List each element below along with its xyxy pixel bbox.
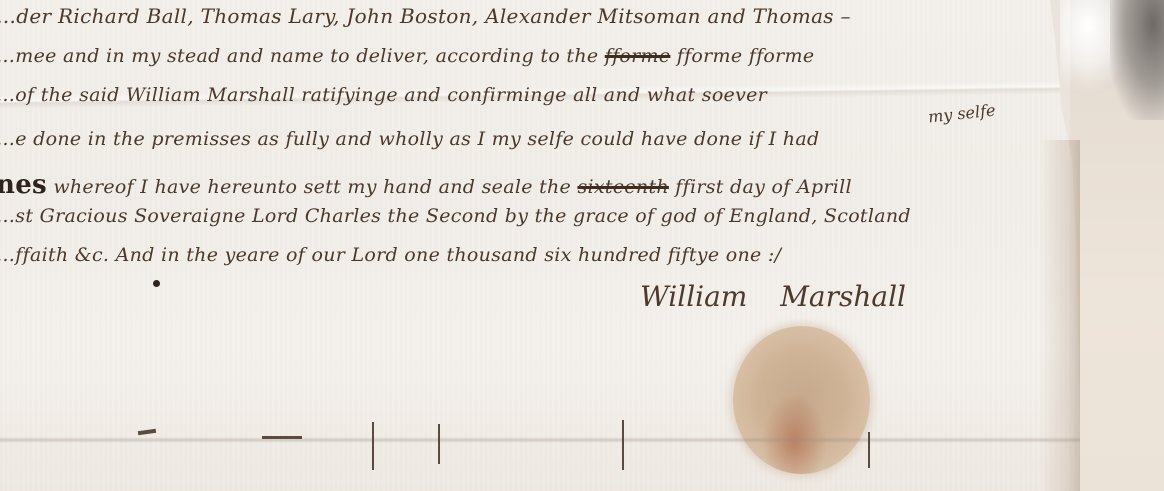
signature: William Marshall [640,280,906,313]
manuscript-line-5: nes whereof I have hereunto sett my hand… [0,170,852,200]
line-5-text-end: ffirst day of Aprill [675,176,852,198]
line-2-text-end: fforme fforme [677,45,815,67]
wax-seal [733,326,870,474]
ink-mark [262,436,302,439]
object-shadow [1110,0,1164,120]
manuscript-line-6: …st Gracious Soveraigne Lord Charles the… [0,205,911,227]
ruling-mark [438,424,440,464]
ruling-mark [868,432,870,468]
manuscript-line-1: …der Richard Ball, Thomas Lary, John Bos… [0,4,851,28]
ruling-mark [622,420,624,470]
manuscript-line-7: …ffaith &c. And in the yeare of our Lord… [0,244,781,266]
line-5-text: whereof I have hereunto sett my hand and… [53,176,571,198]
ruling-mark [372,422,374,470]
manuscript-photo: …der Richard Ball, Thomas Lary, John Bos… [0,0,1164,491]
manuscript-line-3: …of the said William Marshall ratifyinge… [0,84,767,106]
ink-dot [153,280,160,287]
line-2-text: …mee and in my stead and name to deliver… [0,45,598,67]
struck-word: fforme [605,45,671,67]
manuscript-line-4: …e done in the premisses as fully and wh… [0,128,819,150]
line-5-opening-word: nes [0,170,47,200]
struck-word: sixteenth [577,176,668,198]
manuscript-line-2: …mee and in my stead and name to deliver… [0,45,814,67]
fold-crease [0,437,1080,443]
